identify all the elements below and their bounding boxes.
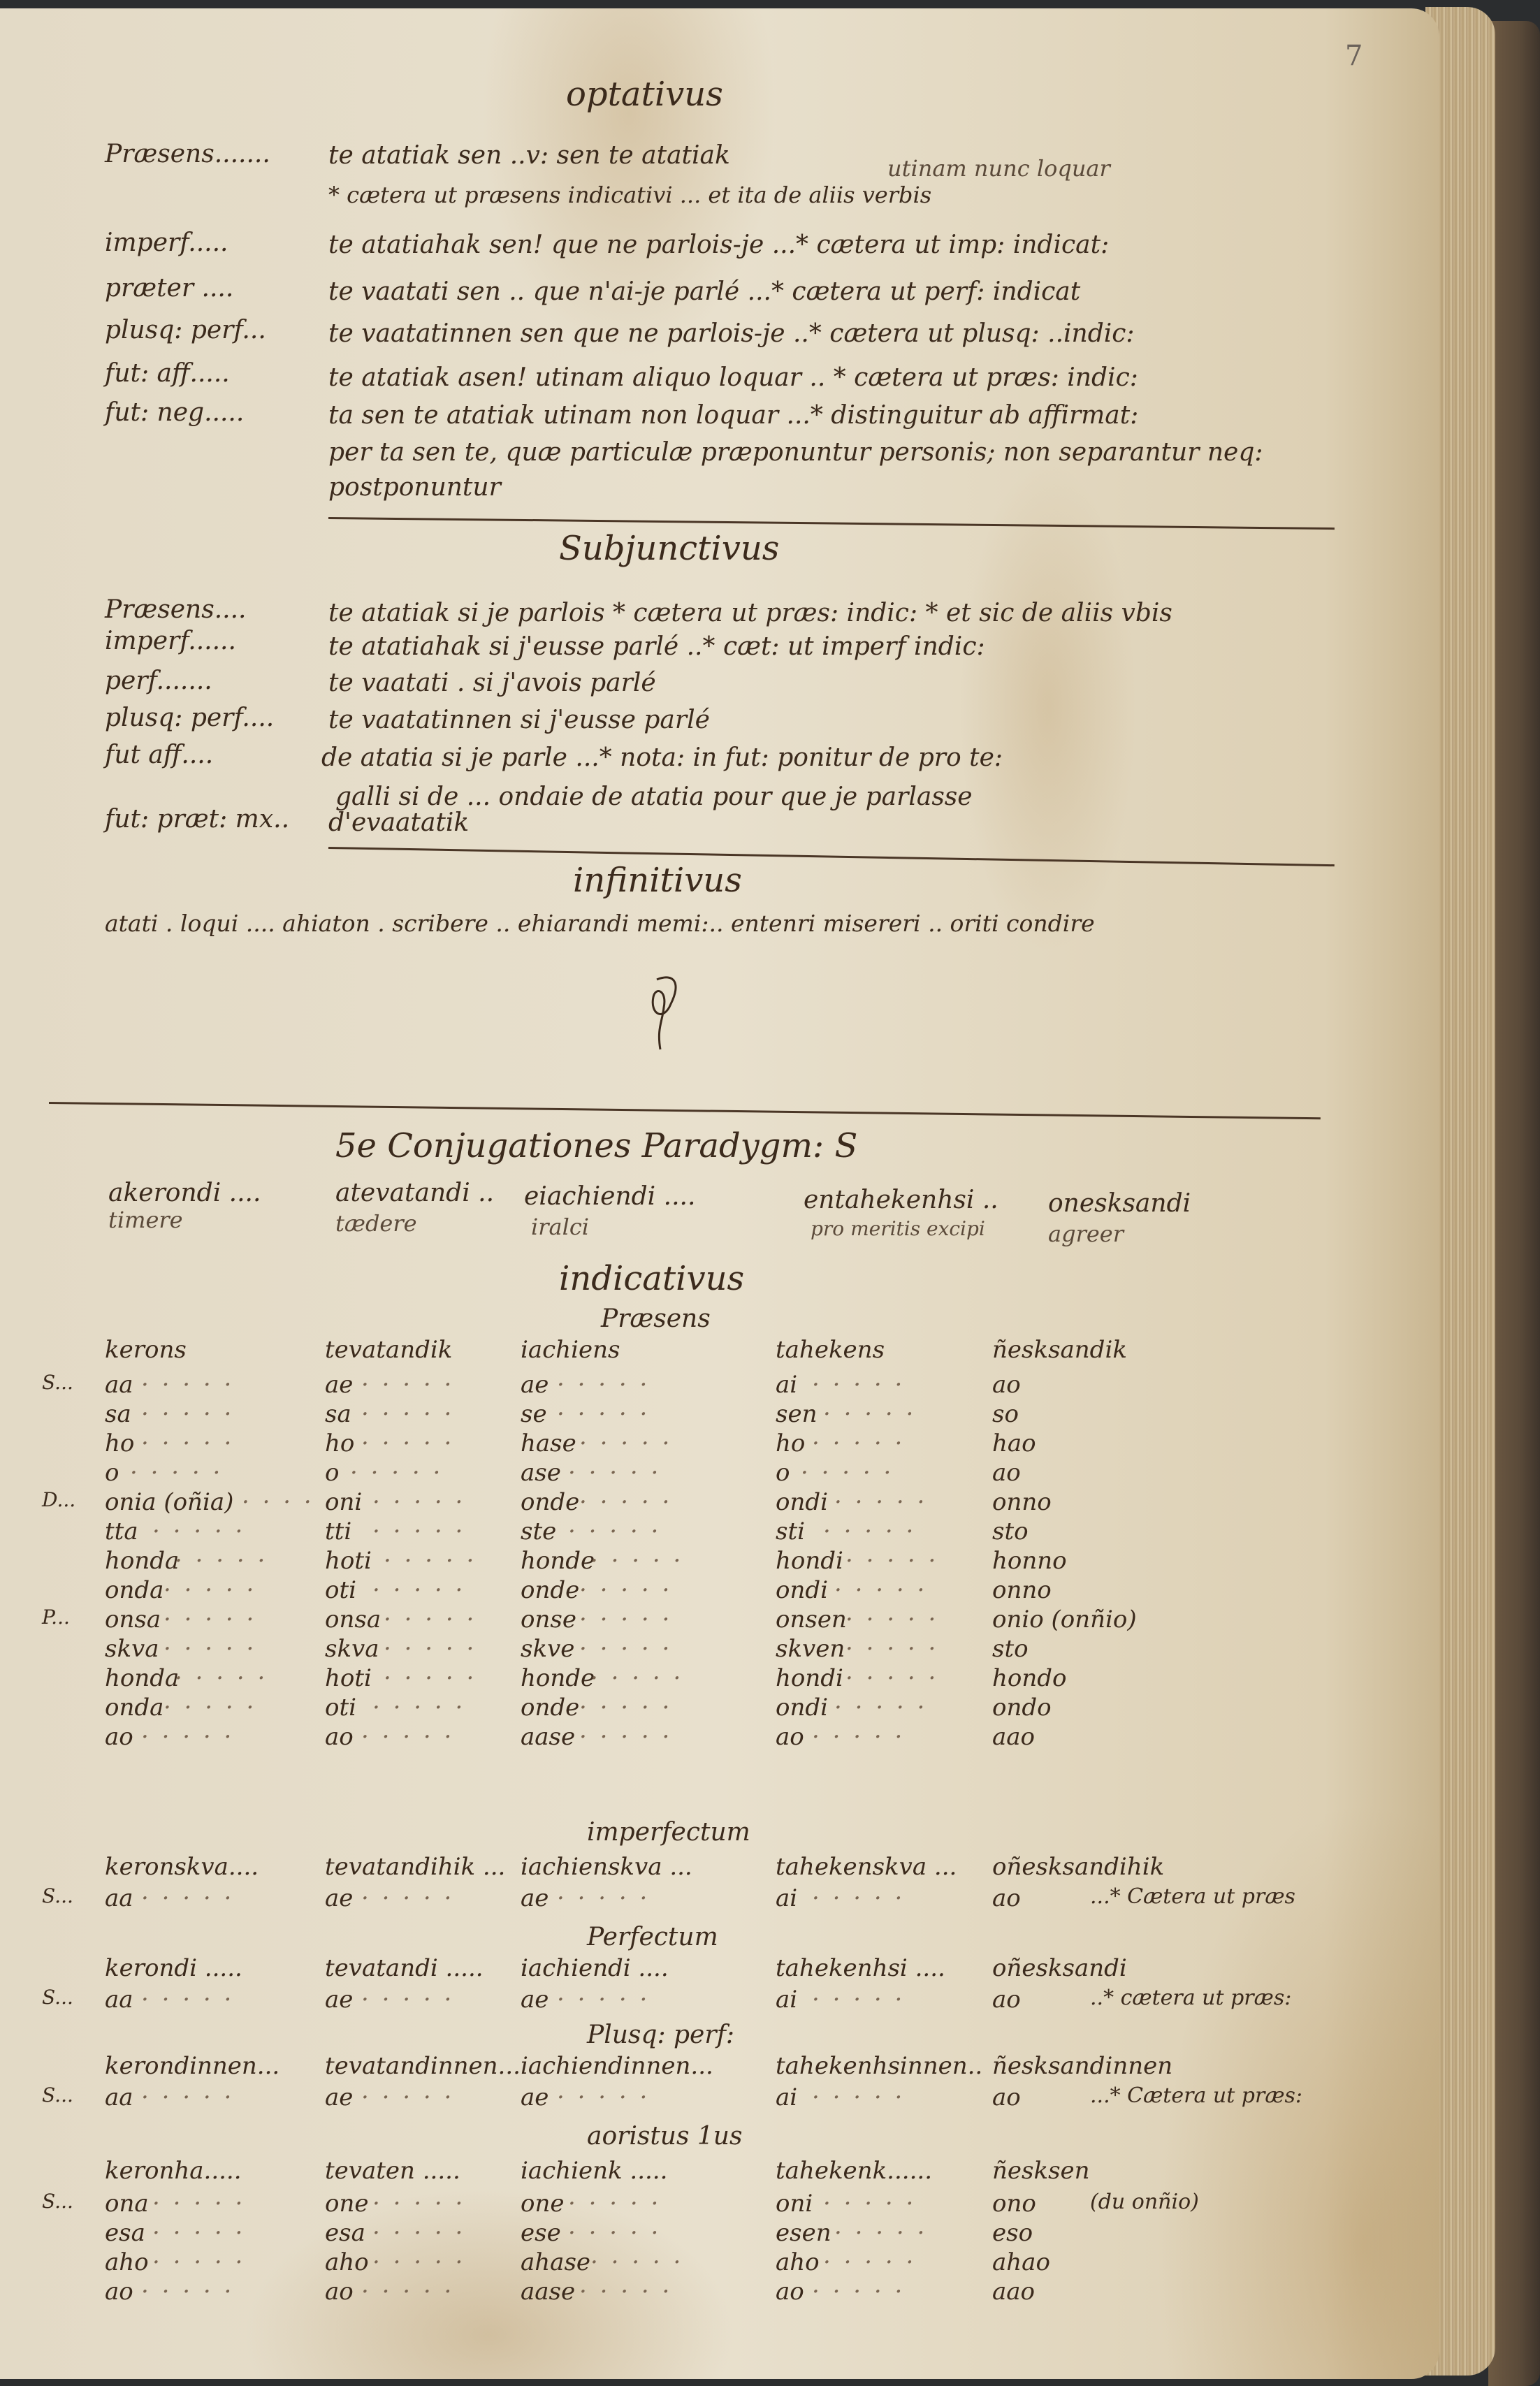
table-cell: ao <box>992 1459 1021 1487</box>
table-cell: skva <box>105 1635 159 1663</box>
leader-dots: · · · · · <box>568 2190 661 2218</box>
leader-dots: · · · · · <box>141 2083 234 2111</box>
head-form: tevaten ..... <box>325 2157 460 2185</box>
leader-dots: · · · · · <box>823 1400 916 1428</box>
subjunctivus-text-1: te atatiahak si j'eusse parlé ..* cæt: u… <box>328 632 985 661</box>
head-form: kerons <box>105 1336 187 1364</box>
table-cell: ae <box>521 2083 549 2111</box>
number-marker: S... <box>42 2190 73 2213</box>
table-cell: ondi <box>776 1576 828 1604</box>
number-marker: P... <box>42 1606 70 1629</box>
table-cell: ae <box>521 1371 549 1399</box>
table-cell: aho <box>776 2248 820 2276</box>
tense-title: Perfectum <box>587 1923 718 1951</box>
optativus-text-2: te atatiahak sen! que ne parlois-je ...*… <box>328 231 1109 259</box>
leader-dots: · · · · · <box>372 1488 465 1516</box>
table-cell: onda <box>105 1576 164 1604</box>
table-cell: o <box>325 1459 339 1487</box>
subjunctivus-label-0: Præsens.... <box>105 595 246 624</box>
leader-dots: · · · · · <box>141 1400 234 1428</box>
table-cell: ondi <box>776 1694 828 1722</box>
table-cell: aa <box>105 1884 133 1912</box>
leader-dots: · · · · · <box>164 1694 256 1722</box>
table-cell: ai <box>776 1884 797 1912</box>
table-cell: ondo <box>992 1694 1052 1722</box>
head-form: keronha..... <box>105 2157 242 2185</box>
head-form: tahekenk...... <box>776 2157 932 2185</box>
leader-dots: · · · · · <box>579 1723 672 1751</box>
table-cell: sen <box>776 1400 817 1428</box>
optativus-text-8: postponuntur <box>328 473 501 502</box>
table-cell: aase <box>521 2278 575 2306</box>
subjunctivus-text-2: te vaatati . si j'avois parlé <box>328 669 656 697</box>
leader-dots: · · · · · <box>579 1606 672 1634</box>
leader-dots: · · · · · <box>350 1459 443 1487</box>
table-cell: onsa <box>105 1606 161 1634</box>
section-title-indicativus: indicativus <box>559 1259 744 1298</box>
leader-dots: · · · · · <box>372 2219 465 2247</box>
head-form: tahekenhsinnen.. <box>776 2052 982 2080</box>
table-cell: skven <box>776 1635 845 1663</box>
table-cell: ai <box>776 1986 797 2014</box>
number-marker: D... <box>42 1488 75 1511</box>
leader-dots: · · · · · <box>361 2083 454 2111</box>
table-cell: ae <box>325 1986 353 2014</box>
table-cell: hoti <box>325 1547 372 1575</box>
paradigm-verb-1: atevatandi .. <box>335 1179 494 1207</box>
head-form: tevatandi ..... <box>325 1954 484 1982</box>
leader-dots: · · · · · <box>164 1635 256 1663</box>
subjunctivus-text-4: de atatia si je parle ...* nota: in fut:… <box>321 743 1003 772</box>
paradigm-gloss-2: iralci <box>531 1214 589 1240</box>
table-cell: oni <box>776 2190 813 2218</box>
table-cell: aa <box>105 2083 133 2111</box>
table-cell: ao <box>992 1986 1021 2014</box>
leader-dots: · · · · · <box>579 1576 672 1604</box>
leader-dots: · · · · · <box>579 1488 672 1516</box>
row-note: ...* Cætera ut præs: <box>1090 2083 1302 2108</box>
head-form: kerondi ..... <box>105 1954 242 1982</box>
paradigm-verb-0: akerondi .... <box>108 1179 261 1207</box>
head-form: tahekenhsi .... <box>776 1954 945 1982</box>
optativus-label-0: Præsens....... <box>105 140 270 168</box>
leader-dots: · · · · · <box>557 1884 650 1912</box>
leader-dots: · · · · · <box>823 2248 916 2276</box>
table-cell: ho <box>105 1430 134 1457</box>
subjunctivus-label-1: imperf...... <box>105 627 236 655</box>
table-cell: ao <box>776 1723 804 1751</box>
optativus-label-3: præter .... <box>105 274 233 303</box>
paradigm-title: 5e Conjugationes Paradygm: S <box>335 1126 857 1165</box>
table-cell: hao <box>992 1430 1036 1457</box>
subjunctivus-text-5: galli si de ... ondaie de atatia pour qu… <box>335 783 973 811</box>
leader-dots: · · · · · <box>568 1518 661 1545</box>
leader-dots: · · · · · <box>834 1576 927 1604</box>
table-cell: ese <box>521 2219 561 2247</box>
table-cell: skva <box>325 1635 379 1663</box>
leader-dots: · · · · · <box>372 1694 465 1722</box>
leader-dots: · · · · · <box>384 1664 477 1692</box>
paradigm-gloss-1: tædere <box>335 1210 417 1237</box>
leader-dots: · · · · · <box>845 1606 938 1634</box>
table-cell: ondi <box>776 1488 828 1516</box>
table-cell: ho <box>325 1430 354 1457</box>
table-cell: esen <box>776 2219 831 2247</box>
table-cell: onde <box>521 1694 579 1722</box>
leader-dots: · · · · · <box>812 1371 905 1399</box>
table-cell: aa <box>105 1371 133 1399</box>
table-cell: oti <box>325 1576 356 1604</box>
head-form: ñesksandik <box>992 1336 1127 1364</box>
leader-dots: · · · · · <box>164 1576 256 1604</box>
table-cell: skve <box>521 1635 574 1663</box>
subjunctivus-label-3: plusq: perf.... <box>105 704 274 732</box>
row-note: ...* Cætera ut præs <box>1090 1884 1295 1909</box>
subjunctivus-label-6: fut: præt: mx.. <box>105 805 289 834</box>
table-cell: ai <box>776 2083 797 2111</box>
section-divider <box>328 517 1335 530</box>
table-cell: oni <box>325 1488 362 1516</box>
leader-dots: · · · · · <box>590 1547 683 1575</box>
table-cell: onia (oñia) <box>105 1488 233 1516</box>
book-cover <box>1488 21 1540 2386</box>
number-marker: S... <box>42 1884 73 1907</box>
leader-dots: · · · · · <box>834 1488 927 1516</box>
leader-dots: · · · · · <box>590 2248 683 2276</box>
table-cell: ae <box>325 2083 353 2111</box>
subjunctivus-text-6: d'evaatatik <box>328 808 469 837</box>
table-cell: ae <box>325 1884 353 1912</box>
table-cell: ao <box>105 1723 133 1751</box>
optativus-text-0: te atatiak sen ..v: sen te atatiak <box>328 141 730 170</box>
leader-dots: · · · · · <box>557 1400 650 1428</box>
leader-dots: · · · · · <box>141 2278 234 2306</box>
leader-dots: · · · · · <box>812 1986 905 2014</box>
leader-dots: · · · · · <box>372 2190 465 2218</box>
leader-dots: · · · · · <box>141 1986 234 2014</box>
leader-dots: · · · · · <box>141 1430 234 1457</box>
table-cell: onde <box>521 1576 579 1604</box>
leader-dots: · · · · · <box>361 1400 454 1428</box>
row-note: (du onñio) <box>1090 2190 1199 2214</box>
table-cell: ae <box>521 1884 549 1912</box>
table-cell: aao <box>992 2278 1035 2306</box>
table-cell: ho <box>776 1430 805 1457</box>
table-cell: aho <box>105 2248 149 2276</box>
section-divider <box>49 1102 1321 1119</box>
table-cell: ai <box>776 1371 797 1399</box>
table-cell: esa <box>325 2219 365 2247</box>
table-cell: onno <box>992 1488 1052 1516</box>
leader-dots: · · · · · <box>384 1635 477 1663</box>
paradigm-verb-2: eiachiendi .... <box>524 1182 695 1211</box>
table-cell: esa <box>105 2219 145 2247</box>
table-cell: ao <box>992 1884 1021 1912</box>
leader-dots: · · · · · <box>372 1576 465 1604</box>
table-cell: onse <box>521 1606 576 1634</box>
number-marker: S... <box>42 1986 73 2009</box>
optativus-text-4: te vaatatinnen sen que ne parlois-je ..*… <box>328 319 1135 348</box>
tense-title: aoristus 1us <box>587 2122 742 2151</box>
optativus-text-5: te atatiak asen! utinam aliquo loquar ..… <box>328 363 1138 392</box>
leader-dots: · · · · · <box>834 1694 927 1722</box>
leader-dots: · · · · · <box>557 2083 650 2111</box>
leader-dots: · · · · · <box>164 1606 256 1634</box>
head-form: oñesksandi <box>992 1954 1127 1982</box>
leader-dots: · · · · · <box>845 1635 938 1663</box>
paradigm-gloss-3: pro meritis excipi <box>811 1217 985 1240</box>
leader-dots: · · · · · <box>812 1884 905 1912</box>
table-cell: o <box>105 1459 119 1487</box>
table-cell: o <box>776 1459 790 1487</box>
section-divider <box>328 847 1335 866</box>
tense-title: imperfectum <box>587 1818 750 1847</box>
section-title-subjunctivus: Subjunctivus <box>559 529 779 568</box>
leader-dots: · · · · · <box>384 1547 477 1575</box>
leader-dots: · · · · · <box>823 2190 916 2218</box>
head-form: iachiendinnen... <box>521 2052 713 2080</box>
flourish-ornament <box>643 973 685 1056</box>
table-cell: hase <box>521 1430 576 1457</box>
table-cell: hondo <box>992 1664 1067 1692</box>
table-cell: aho <box>325 2248 369 2276</box>
leader-dots: · · · · · <box>590 1664 683 1692</box>
table-cell: onsa <box>325 1606 381 1634</box>
leader-dots: · · · · · <box>361 1430 454 1457</box>
table-cell: ao <box>776 2278 804 2306</box>
table-cell: onsen <box>776 1606 847 1634</box>
leader-dots: · · · · · <box>557 1986 650 2014</box>
table-cell: onda <box>105 1694 164 1722</box>
leader-dots: · · · · · <box>568 2219 661 2247</box>
head-form: tevatandinnen... <box>325 2052 521 2080</box>
leader-dots: · · · · · <box>152 1518 245 1545</box>
table-cell: ao <box>105 2278 133 2306</box>
optativus-label-4: plusq: perf... <box>105 316 266 344</box>
table-cell: hondi <box>776 1547 843 1575</box>
head-form: ñesksandinnen <box>992 2052 1172 2080</box>
leader-dots: · · · · · <box>130 1459 223 1487</box>
leader-dots: · · · · · <box>175 1547 268 1575</box>
head-form: iachienk ..... <box>521 2157 667 2185</box>
leader-dots: · · · · · <box>579 1430 672 1457</box>
leader-dots: · · · · · <box>845 1547 938 1575</box>
leader-dots: · · · · · <box>834 2219 927 2247</box>
subjunctivus-text-3: te vaatatinnen si j'eusse parlé <box>328 706 710 734</box>
leader-dots: · · · · · <box>579 1635 672 1663</box>
leader-dots: · · · · · <box>557 1371 650 1399</box>
leader-dots: · · · · · <box>361 2278 454 2306</box>
leader-dots: · · · · · <box>812 1430 905 1457</box>
leader-dots: · · · · · <box>579 1694 672 1722</box>
table-cell: aa <box>105 1986 133 2014</box>
table-cell: hoti <box>325 1664 372 1692</box>
paradigm-gloss-4: agreer <box>1048 1221 1124 1247</box>
head-form: iachiendi .... <box>521 1954 669 1982</box>
head-form: tahekens <box>776 1336 885 1364</box>
leader-dots: · · · · · <box>361 1371 454 1399</box>
table-cell: honda <box>105 1547 179 1575</box>
table-cell: se <box>521 1400 547 1428</box>
head-form: ñesksen <box>992 2157 1090 2185</box>
section-title-infinitivus: infinitivus <box>573 861 742 900</box>
optativus-label-6: fut: neg..... <box>105 398 244 427</box>
leader-dots: · · · · · <box>152 2248 245 2276</box>
table-cell: onno <box>992 1576 1052 1604</box>
subjunctivus-label-4: fut aff.... <box>105 741 213 769</box>
head-form: iachienskva ... <box>521 1853 692 1881</box>
tense-title: Plusq: perf: <box>587 2021 734 2049</box>
infinitivus-line: atati . loqui .... ahiaton . scribere ..… <box>105 910 1095 937</box>
table-cell: ono <box>992 2190 1036 2218</box>
folio-number: 7 <box>1345 40 1363 72</box>
table-cell: ao <box>992 2083 1021 2111</box>
table-cell: one <box>521 2190 565 2218</box>
leader-dots: · · · · · <box>579 2278 672 2306</box>
head-form: iachiens <box>521 1336 620 1364</box>
table-cell: eso <box>992 2219 1033 2247</box>
leader-dots: · · · · · <box>812 2083 905 2111</box>
leader-dots: · · · · · <box>141 1723 234 1751</box>
table-cell: ahase <box>521 2248 590 2276</box>
optativus-text-3: te vaatati sen .. que n'ai-je parlé ...*… <box>328 277 1080 306</box>
table-cell: honde <box>521 1664 595 1692</box>
leader-dots: · · · · · <box>361 1986 454 2014</box>
table-cell: tta <box>105 1518 138 1545</box>
table-cell: sti <box>776 1518 805 1545</box>
head-form: tevatandihik ... <box>325 1853 505 1881</box>
leader-dots: · · · · · <box>384 1606 477 1634</box>
table-cell: hondi <box>776 1664 843 1692</box>
leader-dots: · · · · · <box>372 2248 465 2276</box>
table-cell: one <box>325 2190 369 2218</box>
table-cell: onio (onñio) <box>992 1606 1137 1634</box>
table-cell: ao <box>325 2278 354 2306</box>
table-cell: ste <box>521 1518 556 1545</box>
head-form: tahekenskva ... <box>776 1853 957 1881</box>
paradigm-gloss-0: timere <box>108 1207 183 1233</box>
leader-dots: · · · · · <box>568 1459 661 1487</box>
paradigm-verb-3: entahekenhsi .. <box>804 1186 998 1214</box>
leader-dots: · · · · · <box>242 1488 335 1516</box>
leader-dots: · · · · · <box>361 1884 454 1912</box>
leader-dots: · · · · · <box>175 1664 268 1692</box>
head-form: keronskva.... <box>105 1853 259 1881</box>
table-cell: ao <box>992 1371 1021 1399</box>
optativus-text-7: per ta sen te, quæ particulæ præponuntur… <box>328 438 1263 467</box>
optativus-label-2: imperf..... <box>105 228 228 257</box>
table-cell: aase <box>521 1723 575 1751</box>
tense-title-praesens: Præsens <box>601 1304 711 1333</box>
row-note: ..* cætera ut præs: <box>1090 1986 1291 2010</box>
table-cell: sa <box>105 1400 131 1428</box>
section-title-optativus: optativus <box>566 75 723 114</box>
optativus-text-1: * cætera ut præsens indicativi ... et it… <box>328 182 931 208</box>
table-cell: sa <box>325 1400 351 1428</box>
leader-dots: · · · · · <box>152 2190 245 2218</box>
leader-dots: · · · · · <box>141 1884 234 1912</box>
table-cell: sto <box>992 1518 1029 1545</box>
head-form: oñesksandihik <box>992 1853 1164 1881</box>
table-cell: ao <box>325 1723 354 1751</box>
number-marker: S... <box>42 1371 73 1394</box>
optativus-text-6: ta sen te atatiak utinam non loquar ...*… <box>328 401 1138 430</box>
table-cell: ase <box>521 1459 561 1487</box>
subjunctivus-text-0: te atatiak si je parlois * cætera ut præ… <box>328 599 1172 627</box>
leader-dots: · · · · · <box>361 1723 454 1751</box>
leader-dots: · · · · · <box>812 1723 905 1751</box>
leader-dots: · · · · · <box>372 1518 465 1545</box>
table-cell: oti <box>325 1694 356 1722</box>
head-form: kerondinnen... <box>105 2052 279 2080</box>
number-marker: S... <box>42 2083 73 2107</box>
table-cell: aao <box>992 1723 1035 1751</box>
table-cell: sto <box>992 1635 1029 1663</box>
table-cell: ona <box>105 2190 149 2218</box>
paradigm-verb-4: onesksandi <box>1048 1189 1191 1218</box>
table-cell: so <box>992 1400 1019 1428</box>
leader-dots: · · · · · <box>823 1518 916 1545</box>
table-cell: tti <box>325 1518 351 1545</box>
table-cell: ahao <box>992 2248 1050 2276</box>
table-cell: honda <box>105 1664 179 1692</box>
leader-dots: · · · · · <box>812 2278 905 2306</box>
table-cell: honde <box>521 1547 595 1575</box>
table-cell: ae <box>521 1986 549 2014</box>
leader-dots: · · · · · <box>152 2219 245 2247</box>
leader-dots: · · · · · <box>141 1371 234 1399</box>
table-cell: ae <box>325 1371 353 1399</box>
table-cell: onde <box>521 1488 579 1516</box>
head-form: tevatandik <box>325 1336 452 1364</box>
leader-dots: · · · · · <box>801 1459 894 1487</box>
leader-dots: · · · · · <box>845 1664 938 1692</box>
table-cell: honno <box>992 1547 1067 1575</box>
manuscript-page: 7 optativus Præsens....... te atatiak se… <box>0 8 1439 2379</box>
optativus-gloss-0: utinam nunc loquar <box>887 155 1110 182</box>
optativus-label-5: fut: aff..... <box>105 359 230 388</box>
subjunctivus-label-2: perf....... <box>105 667 212 695</box>
